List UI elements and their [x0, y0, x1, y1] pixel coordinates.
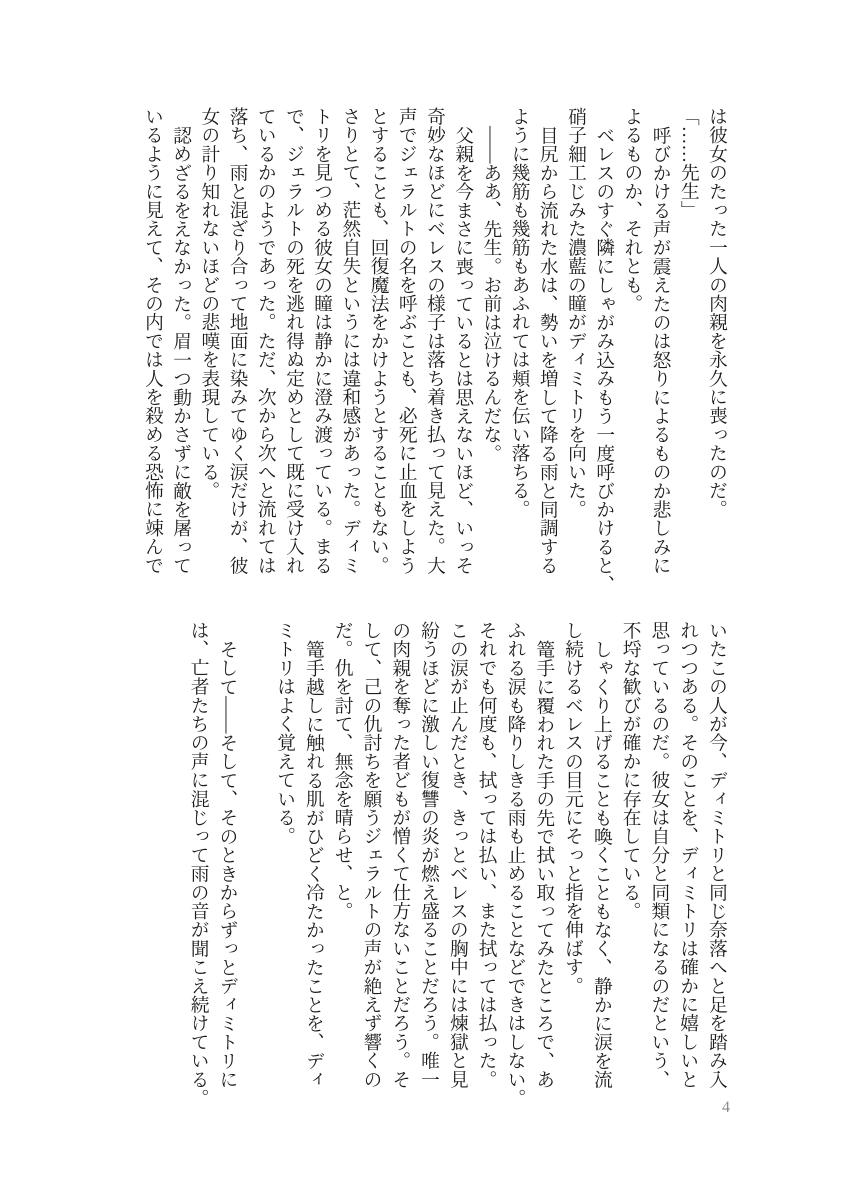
text-line: 声でジェラルトの名を呼ぶことも、必死に止血をしよう: [392, 107, 420, 596]
text-line: 父親を今まさに喪っているとは思えないほど、いっそ: [448, 107, 476, 596]
text-line: ベレスのすぐ隣にしゃがみ込みもう一度呼びかけると、: [589, 107, 617, 596]
text-line: 篭手越しに触れる肌がひどく冷たかったことを、ディ: [298, 621, 327, 1110]
text-line: 紛うほどに激しい復讐の炎が燃え盛ることだろう。唯一: [413, 621, 442, 1110]
text-line: ように幾筋も幾筋もあふれては頬を伝い落ちる。: [504, 107, 532, 596]
text-line: ているかのようであった。ただ、次から次へと流れては: [251, 107, 279, 596]
text-line: 女の計り知れないほどの悲嘆を表現している。: [194, 107, 222, 596]
text-line: 思っているのだ。彼女は自分と同類になるのだという、: [644, 621, 673, 1110]
text-line: しゃくり上げることも喚くこともなく、静かに涙を流: [586, 621, 615, 1110]
text-line: 篭手に覆われた手の先で拭い取ってみたところで、あ: [528, 621, 557, 1110]
text-line: れつつある。そのことを、ディミトリは確かに嬉しいと: [672, 621, 701, 1110]
text-line: ミトリはよく覚えている。: [269, 621, 298, 1110]
text-line: この涙が止んだとき、きっとベレスの胸中には煉獄と見: [442, 621, 471, 1110]
text-line: は、亡者たちの声に混じって雨の音が聞こえ続けている。: [183, 621, 212, 1110]
text-line: 呼びかける声が震えたのは怒りによるものか悲しみに: [645, 107, 673, 596]
text-line: ふれる涙も降りしきる雨も止めることなどできはしない。: [500, 621, 529, 1110]
lower-text-block: いたこの人が今、ディミトリと同じ奈落へと足を踏み入れつつある。そのことを、ディミ…: [183, 621, 730, 1110]
text-line: それでも何度も、拭っては払い、また拭っては払った。: [471, 621, 500, 1110]
text-line: いたこの人が今、ディミトリと同じ奈落へと足を踏み入: [701, 621, 730, 1110]
upper-text-block: は彼女のたった一人の肉親を永久に喪ったのだ。「……先生」呼びかける声が震えたのは…: [138, 107, 730, 596]
text-line: さりとて、茫然自失というには違和感があった。ディミ: [335, 107, 363, 596]
text-line: 目尻から流れた水は、勢いを増して降る雨と同調する: [533, 107, 561, 596]
page-number: 4: [716, 1099, 736, 1117]
text-line: そして――そして、そのときからずっとディミトリに: [212, 621, 241, 1110]
text-line: 認めざるをえなかった。眉一つ動かさずに敵を屠って: [166, 107, 194, 596]
text-line: いるように見えて、その内では人を殺める恐怖に竦んで: [138, 107, 166, 596]
text-line: は彼女のたった一人の肉親を永久に喪ったのだ。: [702, 107, 730, 596]
text-line: し続けるベレスの目元にそっと指を伸ばす。: [557, 621, 586, 1110]
text-line: の肉親を奪った者どもが憎くて仕方ないことだろう。そ: [384, 621, 413, 1110]
text-line: トリを見つめる彼女の瞳は静かに澄み渡っている。まる: [307, 107, 335, 596]
novel-page: は彼女のたった一人の肉親を永久に喪ったのだ。「……先生」呼びかける声が震えたのは…: [0, 0, 845, 1200]
text-line: ――ああ、先生。お前は泣けるんだな。: [476, 107, 504, 596]
text-line: だ。仇を討て、無念を晴らせ、と。: [327, 621, 356, 1110]
text-line: 落ち、雨と混ざり合って地面に染みてゆく涙だけが、彼: [222, 107, 250, 596]
text-line: で、ジェラルトの死を逃れ得ぬ定めとして既に受け入れ: [279, 107, 307, 596]
text-line: 「……先生」: [674, 107, 702, 596]
text-line: とすることも、回復魔法をかけようとすることもない。: [363, 107, 391, 596]
text-line: 硝子細工じみた濃藍の瞳がディミトリを向いた。: [561, 107, 589, 596]
blank-line: [240, 621, 269, 1110]
text-line: 不埒な歓びが確かに存在している。: [615, 621, 644, 1110]
text-line: 奇妙なほどにベレスの様子は落ち着き払って見えた。大: [420, 107, 448, 596]
text-line: よるものか、それとも。: [617, 107, 645, 596]
text-line: して、己の仇討ちを願うジェラルトの声が絶えず響くの: [356, 621, 385, 1110]
